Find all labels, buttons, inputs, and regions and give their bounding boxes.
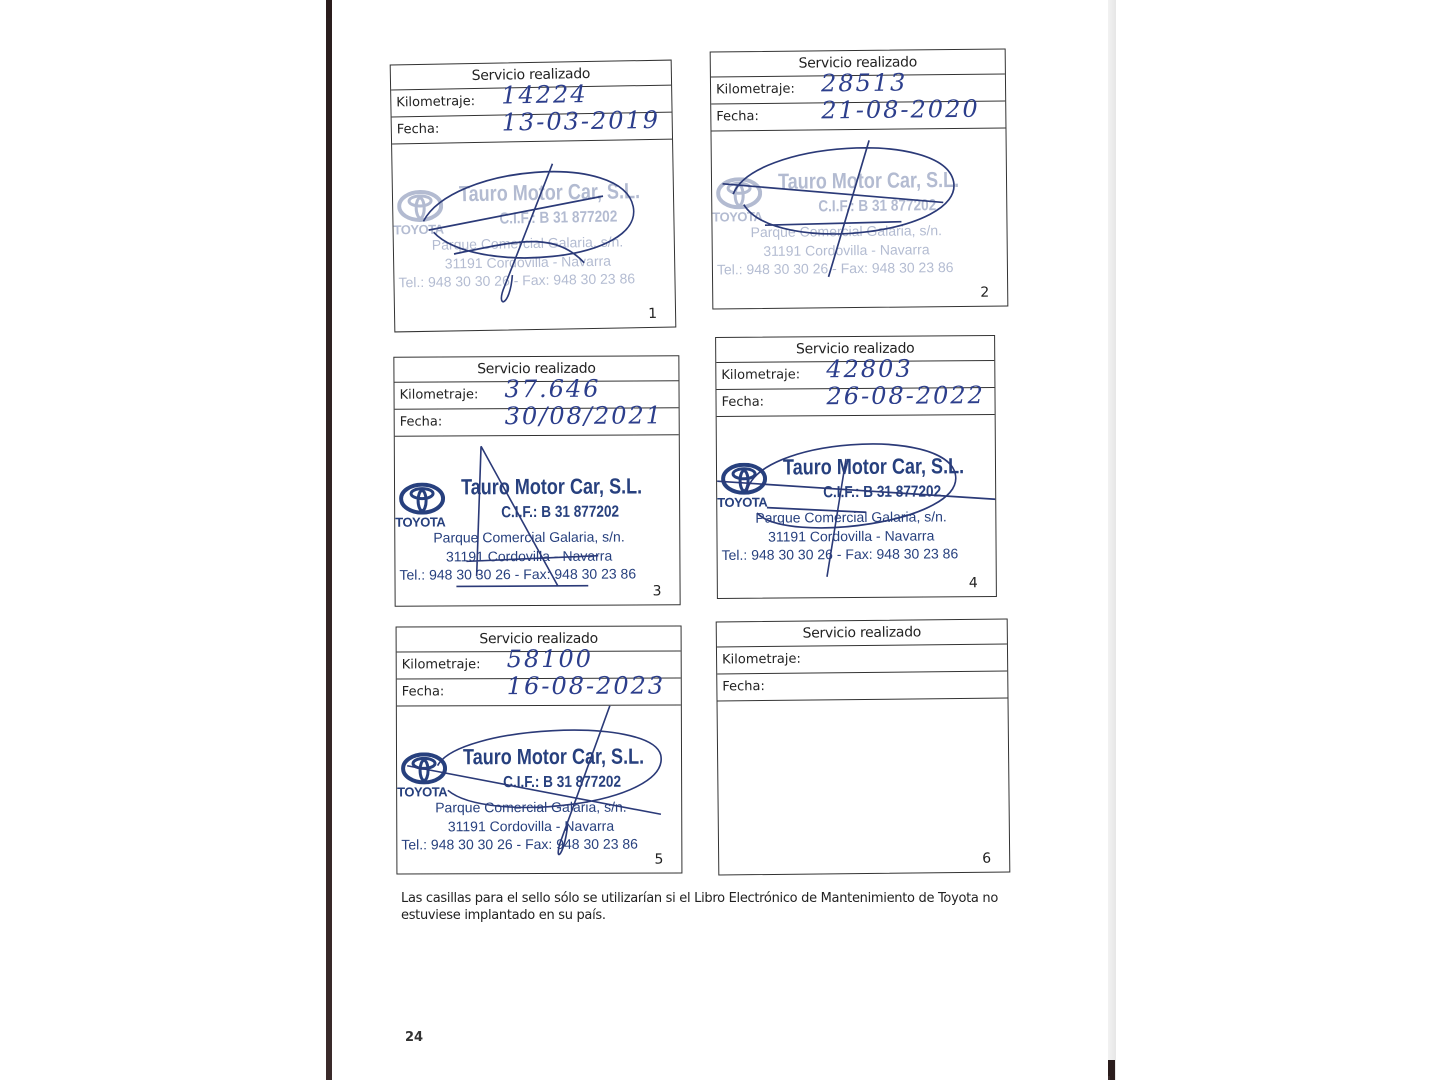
date-label: Fecha: <box>402 684 445 699</box>
dealer-stamp: TOYOTA Tauro Motor Car, S.L. C.I.F.: B 3… <box>395 465 679 466</box>
toyota-logo-icon <box>401 752 455 784</box>
km-label: Kilometraje: <box>396 94 475 110</box>
km-label: Kilometraje: <box>400 387 479 402</box>
km-label: Kilometraje: <box>721 367 800 383</box>
box-number: 1 <box>648 306 657 322</box>
page-number: 24 <box>405 1030 423 1045</box>
toyota-brand: TOYOTA <box>397 784 447 799</box>
km-label: Kilometraje: <box>716 82 795 98</box>
date-row: Fecha: 30/08/2021 <box>395 408 679 436</box>
date-label: Fecha: <box>721 395 764 410</box>
address-line-2: 31191 Cordovilla - Navarra <box>433 547 625 567</box>
box-number: 3 <box>653 583 662 599</box>
km-value: 37.646 <box>504 376 600 403</box>
dealer-address: Parque Comercial Galaria, s/n. 31191 Cor… <box>433 528 625 567</box>
date-row: Fecha: <box>717 671 1007 701</box>
service-box-1: Servicio realizado Kilometraje: 14224 Fe… <box>390 60 677 333</box>
toyota-brand: TOYOTA <box>395 514 445 529</box>
toyota-logo-icon <box>399 482 453 514</box>
stamp-area: TOYOTA Tauro Motor Car, S.L. C.I.F.: B 3… <box>717 415 996 599</box>
dealer-address: Parque Comercial Galaria, s/n. 31191 Cor… <box>750 221 942 261</box>
date-row: Fecha: 16-08-2023 <box>397 679 681 707</box>
dealer-name: Tauro Motor Car, S.L. <box>783 453 964 480</box>
dealer-cif: C.I.F.: B 31 877202 <box>499 209 617 229</box>
date-value: 13-03-2019 <box>501 107 660 136</box>
dealer-phone: Tel.: 948 30 30 26 - Fax: 948 30 23 86 <box>399 565 636 582</box>
dealer-phone: Tel.: 948 30 30 26 - Fax: 948 30 23 86 <box>401 836 638 853</box>
dealer-address: Parque Comercial Galaria, s/n. 31191 Cor… <box>755 507 947 546</box>
date-label: Fecha: <box>716 109 759 124</box>
km-value: 14224 <box>501 81 588 109</box>
date-label: Fecha: <box>400 414 443 429</box>
address-line-1: Parque Comercial Galaria, s/n. <box>435 798 626 818</box>
box-number: 2 <box>980 285 989 301</box>
date-value: 16-08-2023 <box>507 673 665 700</box>
dealer-stamp: TOYOTA Tauro Motor Car, S.L. C.I.F.: B 3… <box>393 170 673 175</box>
address-line-2: 31191 Cordovilla - Navarra <box>751 240 943 261</box>
dealer-address: Parque Comercial Galaria, s/n. 31191 Cor… <box>435 798 627 837</box>
dealer-stamp: TOYOTA Tauro Motor Car, S.L. C.I.F.: B 3… <box>717 445 995 447</box>
stamp-area: 6 <box>718 698 1010 875</box>
date-row: Fecha: 26-08-2022 <box>716 388 994 417</box>
stamp-area: TOYOTA Tauro Motor Car, S.L. C.I.F.: B 3… <box>392 140 675 333</box>
dealer-cif: C.I.F.: B 31 877202 <box>501 504 619 523</box>
dealer-stamp: TOYOTA Tauro Motor Car, S.L. C.I.F.: B 3… <box>712 158 1006 161</box>
stamp-area: TOYOTA Tauro Motor Car, S.L. C.I.F.: B 3… <box>397 706 682 875</box>
km-label: Kilometraje: <box>402 657 481 672</box>
dealer-phone: Tel.: 948 30 30 26 - Fax: 948 30 23 86 <box>722 545 959 563</box>
address-line-2: 31191 Cordovilla - Navarra <box>755 526 947 546</box>
service-box-6: Servicio realizado Kilometraje: Fecha: 6 <box>716 618 1011 875</box>
dealer-address: Parque Comercial Galaria, s/n. 31191 Cor… <box>432 232 624 273</box>
toyota-brand: TOYOTA <box>717 495 767 510</box>
toyota-logo-icon <box>716 177 770 210</box>
background-left <box>0 0 330 1080</box>
dealer-cif: C.I.F.: B 31 877202 <box>818 197 936 216</box>
toyota-logo-icon <box>721 463 775 495</box>
address-line-1: Parque Comercial Galaria, s/n. <box>755 507 947 527</box>
dealer-name: Tauro Motor Car, S.L. <box>461 473 642 500</box>
stamp-area: TOYOTA Tauro Motor Car, S.L. C.I.F.: B 3… <box>711 128 1007 309</box>
km-row: Kilometraje: <box>717 644 1007 674</box>
date-value: 26-08-2022 <box>826 382 985 409</box>
page-edge-right <box>1108 0 1116 1080</box>
date-label: Fecha: <box>397 122 440 138</box>
dealer-cif: C.I.F.: B 31 877202 <box>823 483 941 502</box>
dealer-name: Tauro Motor Car, S.L. <box>463 744 644 771</box>
service-box-4: Servicio realizado Kilometraje: 42803 Fe… <box>715 335 997 599</box>
dealer-cif: C.I.F.: B 31 877202 <box>503 774 621 792</box>
stamp-area: TOYOTA Tauro Motor Car, S.L. C.I.F.: B 3… <box>395 435 680 606</box>
box-number: 4 <box>969 575 978 591</box>
dealer-name: Tauro Motor Car, S.L. <box>778 167 959 195</box>
address-line-1: Parque Comercial Galaria, s/n. <box>433 528 625 548</box>
km-value: 58100 <box>507 646 593 672</box>
service-box-3: Servicio realizado Kilometraje: 37.646 F… <box>393 355 680 606</box>
address-line-2: 31191 Cordovilla - Navarra <box>435 817 626 837</box>
km-label: Kilometraje: <box>722 652 801 668</box>
date-value: 21-08-2020 <box>821 96 980 124</box>
service-box-5: Servicio realizado Kilometraje: 58100 Fe… <box>396 626 683 875</box>
km-value: 42803 <box>826 356 913 383</box>
toyota-logo-icon <box>397 189 452 222</box>
box-number: 5 <box>654 852 663 868</box>
address-line-1: Parque Comercial Galaria, s/n. <box>750 221 942 242</box>
box-number: 6 <box>982 851 991 867</box>
dealer-phone: Tel.: 948 30 30 26 - Fax: 948 30 23 86 <box>717 259 954 277</box>
date-label: Fecha: <box>722 679 765 694</box>
dealer-phone: Tel.: 948 30 30 26 - Fax: 948 30 23 86 <box>398 270 635 290</box>
km-value: 28513 <box>821 69 908 96</box>
date-row: Fecha: 21-08-2020 <box>711 101 1005 131</box>
date-value: 30/08/2021 <box>505 402 663 429</box>
footnote: Las casillas para el sello sólo se utili… <box>401 890 1021 924</box>
dealer-name: Tauro Motor Car, S.L. <box>459 178 641 207</box>
service-box-2: Servicio realizado Kilometraje: 28513 Fe… <box>710 48 1009 309</box>
service-box-title: Servicio realizado <box>717 619 1007 647</box>
dealer-stamp: TOYOTA Tauro Motor Car, S.L. C.I.F.: B 3… <box>397 736 681 737</box>
